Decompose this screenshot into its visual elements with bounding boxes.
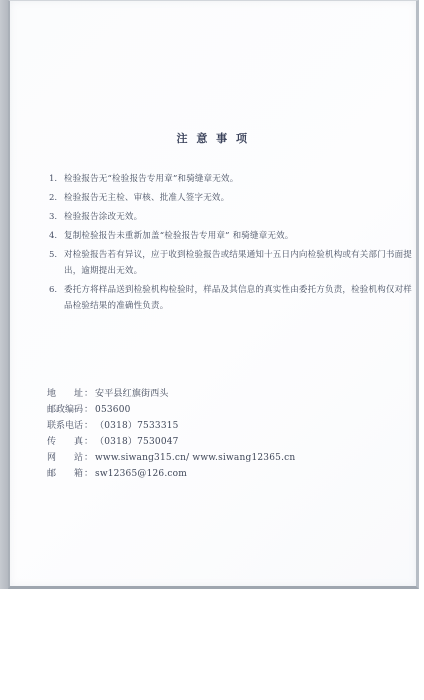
- contact-row: 邮政编码：053600: [47, 402, 404, 418]
- notes-list: 1.检验报告无“检验报告专用章”和骑缝章无效。2.检验报告无主检、审核、批准人签…: [49, 171, 404, 317]
- contact-label: 邮政编码: [47, 402, 84, 418]
- note-text: 检验报告无“检验报告专用章”和骑缝章无效。: [64, 171, 404, 187]
- scanner-background-edge: [0, 0, 8, 589]
- page-title: 注 意 事 项: [10, 130, 416, 146]
- note-text: 复制检验报告未重新加盖“检验报告专用章” 和骑缝章无效。: [64, 228, 404, 244]
- contact-value: （0318）7530047: [95, 434, 179, 450]
- note-text-line: 对检验报告若有异议，应于收到检验报告或结果通知十五日内向检验机构或有关部门书面提: [64, 247, 412, 263]
- contact-value: 053600: [95, 402, 131, 418]
- contact-value: （0318）7533315: [95, 418, 179, 434]
- note-text-line: 委托方将样品送到检验机构检验时，样品及其信息的真实性由委托方负责，检验机构仅对样: [64, 282, 412, 298]
- contact-colon: ：: [84, 450, 93, 466]
- note-text-line: 检验报告涂改无效。: [64, 209, 404, 225]
- note-text: 检验报告无主检、审核、批准人签字无效。: [64, 190, 404, 206]
- note-item: 5.对检验报告若有异议，应于收到检验报告或结果通知十五日内向检验机构或有关部门书…: [49, 247, 404, 279]
- note-number: 3.: [49, 209, 64, 225]
- contact-label: 传 真: [47, 434, 84, 450]
- contact-colon: ：: [84, 434, 93, 450]
- contact-colon: ：: [84, 386, 93, 402]
- note-text-line: 出，逾期提出无效。: [64, 263, 412, 279]
- note-number: 6.: [49, 282, 64, 314]
- contact-colon: ：: [84, 402, 93, 418]
- note-text-line: 品检验结果的准确性负责。: [64, 298, 412, 314]
- contact-value: 安平县红旗街西头: [95, 386, 169, 402]
- note-item: 1.检验报告无“检验报告专用章”和骑缝章无效。: [49, 171, 404, 187]
- note-text: 委托方将样品送到检验机构检验时，样品及其信息的真实性由委托方负责，检验机构仅对样…: [64, 282, 412, 314]
- note-text-line: 复制检验报告未重新加盖“检验报告专用章” 和骑缝章无效。: [64, 228, 404, 244]
- contact-label: 网 站: [47, 450, 84, 466]
- note-item: 4.复制检验报告未重新加盖“检验报告专用章” 和骑缝章无效。: [49, 228, 404, 244]
- contact-label: 联系电话: [47, 418, 84, 434]
- scan-canvas: 注 意 事 项 1.检验报告无“检验报告专用章”和骑缝章无效。2.检验报告无主检…: [0, 0, 424, 700]
- note-number: 5.: [49, 247, 64, 279]
- note-item: 3.检验报告涂改无效。: [49, 209, 404, 225]
- contact-row: 传 真：（0318）7530047: [47, 434, 404, 450]
- note-number: 2.: [49, 190, 64, 206]
- contact-row: 网 站：www.siwang315.cn/ www.siwang12365.cn: [47, 450, 404, 466]
- note-text: 对检验报告若有异议，应于收到检验报告或结果通知十五日内向检验机构或有关部门书面提…: [64, 247, 412, 279]
- note-number: 1.: [49, 171, 64, 187]
- contact-row: 地 址：安平县红旗街西头: [47, 386, 404, 402]
- contact-value: sw12365@126.com: [95, 466, 187, 482]
- note-item: 2.检验报告无主检、审核、批准人签字无效。: [49, 190, 404, 206]
- contact-row: 邮 箱：sw12365@126.com: [47, 466, 404, 482]
- note-item: 6.委托方将样品送到检验机构检验时，样品及其信息的真实性由委托方负责，检验机构仅…: [49, 282, 404, 314]
- contact-colon: ：: [84, 418, 93, 434]
- note-text: 检验报告涂改无效。: [64, 209, 404, 225]
- contact-label: 地 址: [47, 386, 84, 402]
- contact-label: 邮 箱: [47, 466, 84, 482]
- document-page: 注 意 事 项 1.检验报告无“检验报告专用章”和骑缝章无效。2.检验报告无主检…: [8, 0, 419, 589]
- contact-row: 联系电话：（0318）7533315: [47, 418, 404, 434]
- contact-colon: ：: [84, 466, 93, 482]
- note-text-line: 检验报告无主检、审核、批准人签字无效。: [64, 190, 404, 206]
- contact-block: 地 址：安平县红旗街西头邮政编码：053600联系电话：（0318）753331…: [47, 386, 404, 482]
- note-number: 4.: [49, 228, 64, 244]
- contact-value: www.siwang315.cn/ www.siwang12365.cn: [95, 450, 295, 466]
- note-text-line: 检验报告无“检验报告专用章”和骑缝章无效。: [64, 171, 404, 187]
